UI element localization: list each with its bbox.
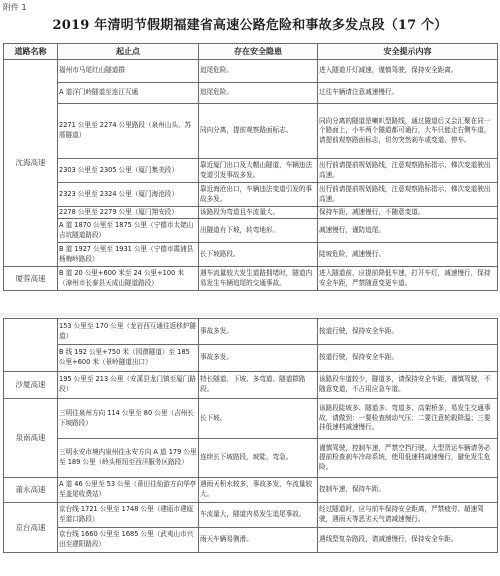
table-row: 京台高速 京台线 1721 公里至 1748 公里（建瓯市建瓯至道口路段） 车流… <box>4 503 498 528</box>
table-row: B 道 1927 公里至 1931 公里（宁德市霞浦县杨梅岭路段） 长下坡路段。… <box>4 243 498 267</box>
tip-cell: 出行前请提前规划路线，注意观察路标指示，梯次变道驶出高速。 <box>318 183 498 207</box>
road-name-cell <box>4 319 58 372</box>
section-cell: A 道 1870 公里至 1875 公里（宁德市太姥山吉坑隧道路段） <box>58 219 199 243</box>
section-cell: A 道洋门岭隧道至连江互通 <box>58 83 199 104</box>
section-cell: 京台线 1660 公里至 1685 公里（武夷山市兴田至建阳路段） <box>58 528 199 553</box>
hazard-cell: 雨天车辆易侧滑。 <box>199 528 318 553</box>
table-header-row: 道路名称 起止点 存在安全隐患 安全提示内容 <box>4 44 498 60</box>
tip-cell: 遇线型复杂路段，请减速慢行，保持安全车距。 <box>318 528 498 553</box>
road-name-cell: 沙厦高速 <box>4 372 58 399</box>
table-row: A 道洋门岭隧道至连江互通 追尾危险。 过往车辆请注意减速慢行。 <box>4 83 498 104</box>
hazard-cell: 长下坡路段。 <box>199 243 318 267</box>
tip-cell: 保持车距，减速慢行，不随意变道。 <box>318 207 498 219</box>
table-row: 三明永安市境内泉州往永安方向 A 道 179 公里至 189 公里（岭头枢纽至西… <box>4 439 498 478</box>
header-section: 起止点 <box>58 44 199 60</box>
table-row: 2278 公里至 2279 公里（厦门翔安段） 该路段为弯道且车流量大。 保持车… <box>4 207 498 219</box>
section-cell: 福州市马尾红山隧道群 <box>58 60 199 83</box>
hazard-cell: 长下坡。 <box>199 399 318 439</box>
table-row: 泉南高速 三明往泉州方向 114 公里至 80 公里（吉州长下坡路段） 长下坡。… <box>4 399 498 439</box>
hazard-table-part-1: 道路名称 起止点 存在安全隐患 安全提示内容 沈海高速 福州市马尾红山隧道群 追… <box>3 43 498 291</box>
table-row: 153 公里至 170 公里（龙岩西互通往返移炉隧道） 事故多发。 按道行驶，保… <box>4 319 498 345</box>
tip-cell: 该路段车道较少，隧道多，请保持安全车距，谨慎驾驶，不随意变道，不占用应急车道。 <box>318 372 498 399</box>
tip-cell: 进入隧道前，应提前降低车速，打开车灯，减速慢行，保持安全车距，严禁随意变更车道。 <box>318 267 498 291</box>
hazard-cell: 该路段为弯道且车流量大。 <box>199 207 318 219</box>
hazard-cell: 遇雨天积水较多，事故多发，车流量较大。 <box>199 478 318 503</box>
table-row: 沈海高速 福州市马尾红山隧道群 追尾危险。 进入隧道开灯减速，谨慎驾驶，保持安全… <box>4 60 498 83</box>
table-row: 厦蓉高速 B 道 20 公里+600 米至 24 公里+100 米（漳州市长泰县… <box>4 267 498 291</box>
hazard-table-part-2: 153 公里至 170 公里（龙岩西互通往返移炉隧道） 事故多发。 按道行驶，保… <box>3 318 498 553</box>
table-row: 京台线 1660 公里至 1685 公里（武夷山市兴田至建阳路段） 雨天车辆易侧… <box>4 528 498 553</box>
tip-cell: 该路段陡坡多、隧道多、弯道多、高架桥多，易发生交通事故，请做到：一要检查制动气压… <box>318 399 498 439</box>
road-name-cell: 泉南高速 <box>4 399 58 478</box>
road-name-cell: 厦蓉高速 <box>4 267 58 291</box>
section-cell: 2303 公里至 2305 公里（厦门集美段） <box>58 159 199 183</box>
hazard-cell: 追尾危险。 <box>199 60 318 83</box>
hazard-cell: 连续长下坡路段，坡陡、弯急。 <box>199 439 318 478</box>
table-row: 沙厦高速 195 公里至 213 公里（安溪县龙门镇至厦门路段） 特长隧道、下坡… <box>4 372 498 399</box>
section-cell: B 线 192 公里+750 米（园畲隧道）至 185 公里+600 米（景岭隧… <box>58 345 199 372</box>
table-row: 莆永高速 A 道 46 公里至 53 公里（莆田往仙游方向华亭至盖尾收费站） 遇… <box>4 478 498 503</box>
tip-cell: 过往车辆请注意减速慢行。 <box>318 83 498 104</box>
road-name-cell: 京台高速 <box>4 503 58 553</box>
section-cell: B 道 20 公里+600 米至 24 公里+100 米（漳州市长泰县天成山隧道… <box>58 267 199 291</box>
road-name-cell: 沈海高速 <box>4 60 58 267</box>
section-cell: 三明永安市境内泉州往永安方向 A 道 179 公里至 189 公里（岭头枢纽至西… <box>58 439 199 478</box>
section-cell: A 道 46 公里至 53 公里（莆田往仙游方向华亭至盖尾收费站） <box>58 478 199 503</box>
table-row: B 线 192 公里+750 米（园畲隧道）至 185 公里+600 米（景岭隧… <box>4 345 498 372</box>
tip-cell: 进入隧道开灯减速，谨慎驾驶，保持安全距离。 <box>318 60 498 83</box>
section-cell: 京台线 1721 公里至 1748 公里（建瓯市建瓯至道口路段） <box>58 503 199 528</box>
tip-cell: 减速慢行，谨防追尾。 <box>318 219 498 243</box>
attachment-label: 附件 1 <box>3 2 27 13</box>
tip-cell: 同向分离的隧道是喇叭型路线，通过隧道后又会汇聚在同一个路面上，小车两个隧道都可通… <box>318 104 498 159</box>
tip-cell: 谨慎驾驶，控制车速，严禁空挡行驶。大型货运车辆请务必提前检查刹车冷却系统，使用低… <box>318 439 498 478</box>
section-cell: B 道 1927 公里至 1931 公里（宁德市霞浦县杨梅岭路段） <box>58 243 199 267</box>
road-name-cell: 莆永高速 <box>4 478 58 503</box>
hazard-cell: 事故多发。 <box>199 319 318 345</box>
hazard-cell: 同向分离，提前观察路面标志。 <box>199 104 318 159</box>
tip-cell: 经过隧道时，应与前车保持安全距离，严禁疲劳、超速驾驶，遇雨天等恶劣天气请减速慢行… <box>318 503 498 528</box>
section-cell: 2271 公里至 2274 公里路段（泉州山头、苏厝隧道） <box>58 104 199 159</box>
section-cell: 153 公里至 170 公里（龙岩西互通往返移炉隧道） <box>58 319 199 345</box>
table-row: 2323 公里至 2324 公里（厦门海沧段） 靠近海沧出口，车辆违法变道引发的… <box>4 183 498 207</box>
section-cell: 2278 公里至 2279 公里（厦门翔安段） <box>58 207 199 219</box>
tip-cell: 出行前请提前规划路线，注意观察路标指示，梯次变道驶出高速。 <box>318 159 498 183</box>
tip-cell: 控制车速，保持车距。 <box>318 478 498 503</box>
table-row: 2303 公里至 2305 公里（厦门集美段） 靠近厦门出口及大帽山隧道，车辆违… <box>4 159 498 183</box>
tip-cell: 按道行驶，保持安全车距。 <box>318 345 498 372</box>
hazard-cell: 出隧道有下坡，转弯地形。 <box>199 219 318 243</box>
hazard-cell: 事故多发。 <box>199 345 318 372</box>
tip-cell: 按道行驶，保持安全车距。 <box>318 319 498 345</box>
page-break-gap <box>0 313 500 317</box>
table-row: 2271 公里至 2274 公里路段（泉州山头、苏厝隧道） 同向分离，提前观察路… <box>4 104 498 159</box>
hazard-cell: 车流量大，隧道内易发生追尾事故。 <box>199 503 318 528</box>
table-row: A 道 1870 公里至 1875 公里（宁德市太姥山吉坑隧道路段） 出隧道有下… <box>4 219 498 243</box>
hazard-cell: 追尾危险。 <box>199 83 318 104</box>
header-road-name: 道路名称 <box>4 44 58 60</box>
tip-cell: 陡坡危险，减速慢行。 <box>318 243 498 267</box>
section-cell: 三明往泉州方向 114 公里至 80 公里（吉州长下坡路段） <box>58 399 199 439</box>
page-title: 2019 年清明节假期福建省高速公路危险和事故多发点段（17 个） <box>0 14 500 33</box>
hazard-cell: 遇车流量较大发生道路拥堵时，隧道内易发生车辆追尾的交通事故。 <box>199 267 318 291</box>
hazard-cell: 靠近海沧出口，车辆违法变道引发的事故多发。 <box>199 183 318 207</box>
hazard-cell: 靠近厦门出口及大帽山隧道，车辆违法变道引发事故多发。 <box>199 159 318 183</box>
header-hazard: 存在安全隐患 <box>199 44 318 60</box>
section-cell: 195 公里至 213 公里（安溪县龙门镇至厦门路段） <box>58 372 199 399</box>
section-cell: 2323 公里至 2324 公里（厦门海沧段） <box>58 183 199 207</box>
hazard-cell: 特长隧道、下坡、多弯道、隧道群路段。 <box>199 372 318 399</box>
header-tip: 安全提示内容 <box>318 44 498 60</box>
